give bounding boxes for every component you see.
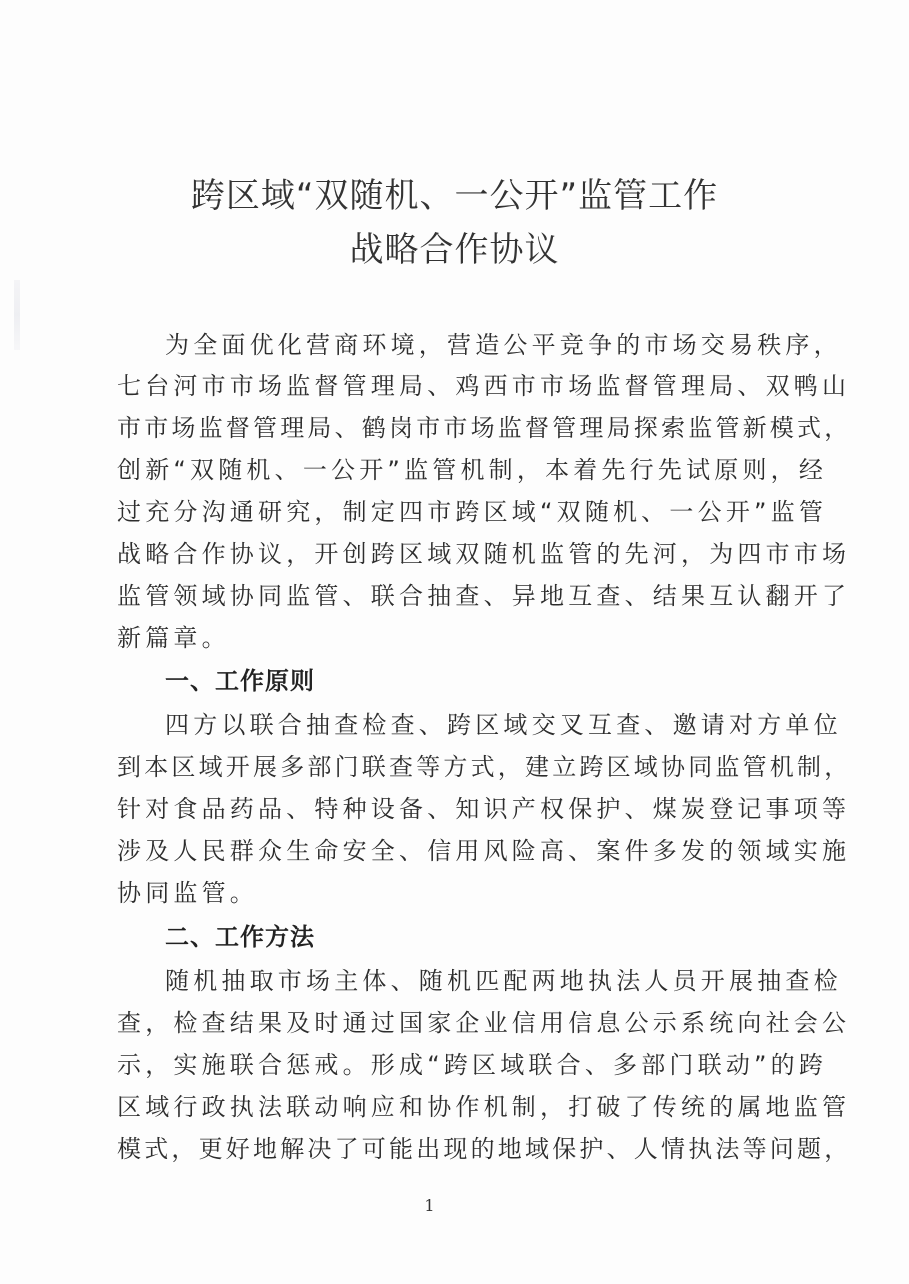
section-line: 区域行政执法联动响应和协作机制，打破了传统的属地监管 bbox=[117, 1092, 777, 1122]
intro-line: 战略合作协议，开创跨区域双随机监管的先河，为四市市场 bbox=[117, 539, 777, 569]
section-line: 针对食品药品、特种设备、知识产权保护、煤炭登记事项等 bbox=[117, 794, 777, 824]
intro-line: 为全面优化营商环境，营造公平竞争的市场交易秩序， bbox=[165, 330, 825, 360]
section-line: 模式，更好地解决了可能出现的地域保护、人情执法等问题， bbox=[117, 1134, 777, 1164]
section-line: 涉及人民群众生命安全、信用风险高、案件多发的领域实施 bbox=[117, 836, 777, 866]
document-page: 跨区域“双随机、一公开”监管工作 战略合作协议 为全面优化营商环境，营造公平竞争… bbox=[0, 0, 909, 1284]
section-heading-methods: 二、工作方法 bbox=[165, 922, 315, 952]
section-heading-principles: 一、工作原则 bbox=[165, 666, 315, 696]
section-line: 协同监管。 bbox=[117, 878, 777, 908]
document-title-line-2: 战略合作协议 bbox=[0, 222, 909, 271]
document-title-line-1: 跨区域“双随机、一公开”监管工作 bbox=[0, 168, 909, 217]
intro-line: 创新“双随机、一公开”监管机制，本着先行先试原则，经 bbox=[117, 455, 777, 485]
intro-line: 新篇章。 bbox=[117, 623, 777, 653]
page-number: 1 bbox=[0, 1196, 859, 1215]
intro-line: 市市场监督管理局、鹤岗市市场监督管理局探索监管新模式， bbox=[117, 413, 777, 443]
intro-line: 七台河市市场监督管理局、鸡西市市场监督管理局、双鸭山 bbox=[117, 371, 777, 401]
intro-line: 过充分沟通研究，制定四市跨区域“双随机、一公开”监管 bbox=[117, 497, 777, 527]
section-line: 四方以联合抽查检查、跨区域交叉互查、邀请对方单位 bbox=[165, 710, 825, 740]
scan-binding-mark bbox=[14, 280, 20, 350]
section-line: 到本区域开展多部门联查等方式，建立跨区域协同监管机制， bbox=[117, 752, 777, 782]
section-line: 随机抽取市场主体、随机匹配两地执法人员开展抽查检 bbox=[165, 966, 825, 996]
intro-line: 监管领域协同监管、联合抽查、异地互查、结果互认翻开了 bbox=[117, 581, 777, 611]
section-line: 查，检查结果及时通过国家企业信用信息公示系统向社会公 bbox=[117, 1008, 777, 1038]
section-line: 示，实施联合惩戒。形成“跨区域联合、多部门联动”的跨 bbox=[117, 1050, 777, 1080]
